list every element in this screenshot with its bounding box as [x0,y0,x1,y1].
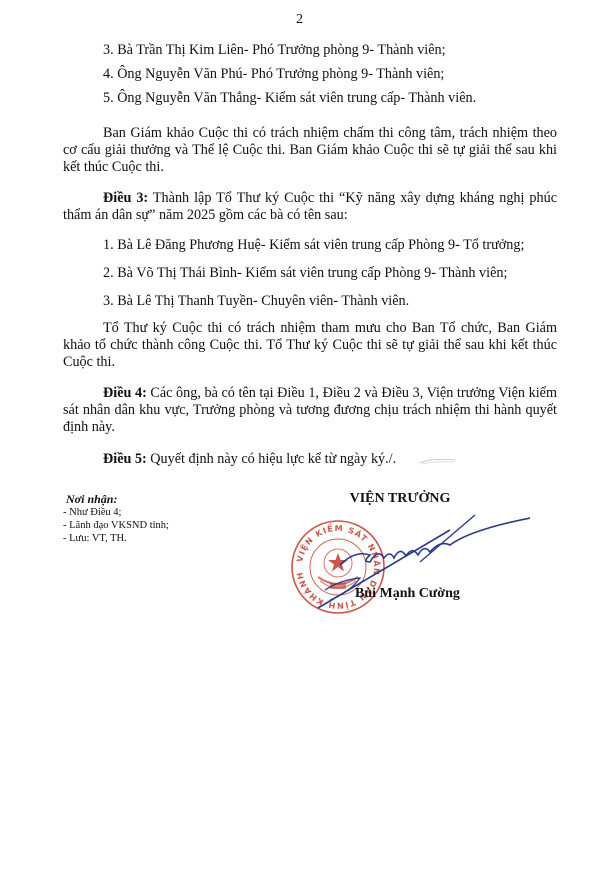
committee-member: 5. Ông Nguyễn Văn Thắng- Kiểm sát viên t… [103,90,476,107]
article-5: Điều 5: Quyết định này có hiệu lực kể từ… [63,451,557,468]
committee-member: 3. Bà Trần Thị Kim Liên- Phó Trưởng phòn… [103,42,446,59]
article-5-label: Điều 5: [103,451,147,467]
secretariat-member: 3. Bà Lê Thị Thanh Tuyền- Chuyên viên- T… [103,293,409,310]
recipients-block: Nơi nhận: - Như Điều 4; - Lãnh đạo VKSND… [63,493,169,545]
recipient-item: - Lưu: VT, TH. [63,532,169,545]
page-number: 2 [0,12,599,28]
secretariat-member: 1. Bà Lê Đăng Phương Huệ- Kiểm sát viên … [103,237,524,254]
recipient-item: - Như Điều 4; [63,506,169,519]
signer-name: Bùi Mạnh Cường [355,586,535,602]
article-3: Điều 3: Thành lập Tổ Thư ký Cuộc thi “Kỹ… [63,190,557,224]
end-mark-icon [418,456,458,466]
secretariat-paragraph: Tổ Thư ký Cuộc thi có trách nhiệm tham m… [63,320,557,371]
jury-paragraph: Ban Giám khảo Cuộc thi có trách nhiệm ch… [63,125,557,176]
recipient-item: - Lãnh đạo VKSND tỉnh; [63,519,169,532]
secretariat-member: 2. Bà Võ Thị Thái Bình- Kiểm sát viên tr… [103,265,507,282]
article-5-text: Quyết định này có hiệu lực kể từ ngày ký… [147,451,396,467]
article-3-label: Điều 3: [103,190,148,206]
article-4: Điều 4: Các ông, bà có tên tại Điều 1, Đ… [63,385,557,436]
article-4-label: Điều 4: [103,385,147,401]
recipients-title: Nơi nhận: [66,493,169,506]
committee-member: 4. Ông Nguyễn Văn Phú- Phó Trưởng phòng … [103,66,444,83]
